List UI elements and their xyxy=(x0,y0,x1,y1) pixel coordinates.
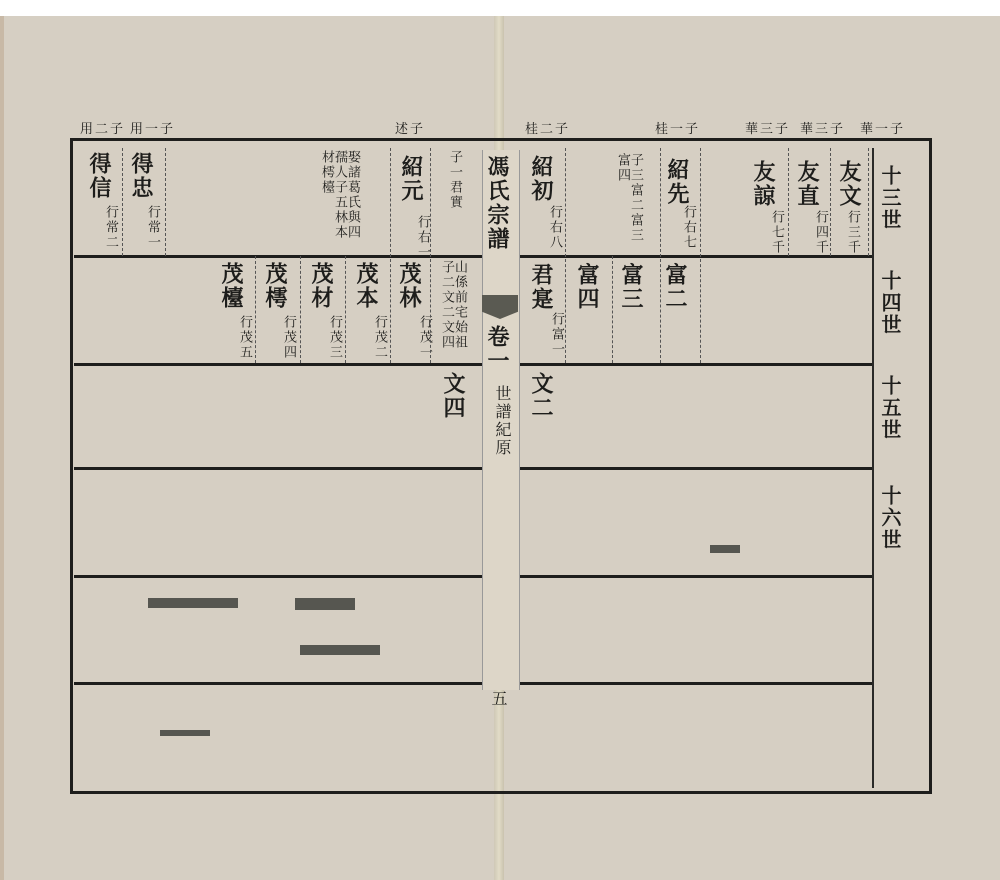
person-name: 紹初 xyxy=(530,155,552,203)
person-name: 茂林 xyxy=(398,262,420,310)
ink-smudge xyxy=(148,598,238,608)
person-rank: 行茂四 xyxy=(282,315,295,360)
person-name: 茂檯 xyxy=(220,262,242,310)
children-note: 子一君實 xyxy=(448,150,461,210)
person-rank: 行右七 xyxy=(682,205,695,250)
column-guide xyxy=(122,148,124,256)
person-name: 茂樗 xyxy=(264,262,286,310)
generation-label: 十六世 xyxy=(880,485,900,551)
person-rank: 行常一 xyxy=(146,205,159,250)
children-note: 子三富二富三富四 xyxy=(616,153,642,253)
person-name: 友諒 xyxy=(752,160,774,208)
row-divider xyxy=(74,575,872,578)
page-number: 五 xyxy=(490,690,506,708)
column-guide xyxy=(612,256,614,363)
row-divider xyxy=(74,682,872,685)
volume-label: 卷一 xyxy=(486,325,508,373)
column-guide xyxy=(868,148,870,256)
person-rank: 行富一 xyxy=(550,312,563,357)
person-rank: 行四千 xyxy=(814,210,827,255)
header-note: 用二子 xyxy=(80,118,125,137)
person-rank: 行右一 xyxy=(416,215,429,260)
row-divider xyxy=(74,363,872,366)
person-name: 君寔 xyxy=(530,263,552,311)
person-rank: 行茂二 xyxy=(373,315,386,360)
person-name: 友直 xyxy=(796,160,818,208)
column-guide xyxy=(345,256,347,363)
ink-smudge xyxy=(710,545,740,553)
person-name: 富三 xyxy=(620,263,642,311)
header-note: 華三子 xyxy=(800,118,845,137)
column-guide xyxy=(565,148,567,363)
generation-divider xyxy=(872,148,874,788)
marriage-note: 娶諸葛氏與四孺人子五林本材樗檯 xyxy=(320,150,359,250)
header-note: 華一子 xyxy=(860,118,905,137)
person-rank: 行七千 xyxy=(770,210,783,255)
column-guide xyxy=(700,148,702,363)
person-name: 富四 xyxy=(576,263,598,311)
header-note: 桂二子 xyxy=(525,118,570,137)
children-note: 山係前宅始祖 子二文二文四 xyxy=(440,260,466,360)
ink-smudge xyxy=(160,730,210,736)
column-guide xyxy=(430,148,432,363)
row-divider xyxy=(74,255,872,258)
column-guide xyxy=(165,148,167,256)
ink-smudge xyxy=(295,598,355,610)
header-note: 用一子 xyxy=(130,118,175,137)
column-guide xyxy=(830,148,832,256)
row-divider xyxy=(74,467,872,470)
person-name: 富二 xyxy=(664,263,686,311)
person-name: 文二 xyxy=(530,372,552,420)
header-note: 華三子 xyxy=(745,118,790,137)
column-guide xyxy=(390,148,392,363)
person-rank: 行三千 xyxy=(846,210,859,255)
header-note: 桂一子 xyxy=(655,118,700,137)
generation-label: 十五世 xyxy=(880,375,900,441)
person-name: 紹元 xyxy=(400,155,422,203)
person-name: 茂材 xyxy=(310,262,332,310)
person-name: 文四 xyxy=(442,372,464,420)
section-label: 世譜紀原 xyxy=(494,385,510,457)
person-name: 得忠 xyxy=(130,152,152,200)
person-rank: 行茂五 xyxy=(238,315,251,360)
person-name: 茂本 xyxy=(355,262,377,310)
person-rank: 行常二 xyxy=(104,205,117,250)
person-rank: 行茂三 xyxy=(328,315,341,360)
generation-label: 十四世 xyxy=(880,270,900,336)
person-name: 友文 xyxy=(838,160,860,208)
generation-label: 十三世 xyxy=(880,165,900,231)
ink-smudge xyxy=(300,645,380,655)
person-name: 紹先 xyxy=(666,158,688,206)
column-guide xyxy=(788,148,790,256)
column-guide xyxy=(300,256,302,363)
column-guide xyxy=(255,256,257,363)
column-guide xyxy=(660,148,662,363)
person-rank: 行右八 xyxy=(548,205,561,250)
header-note: 述子 xyxy=(395,118,425,137)
genealogy-title: 馮氏宗譜 xyxy=(486,155,508,251)
person-name: 得信 xyxy=(88,152,110,200)
